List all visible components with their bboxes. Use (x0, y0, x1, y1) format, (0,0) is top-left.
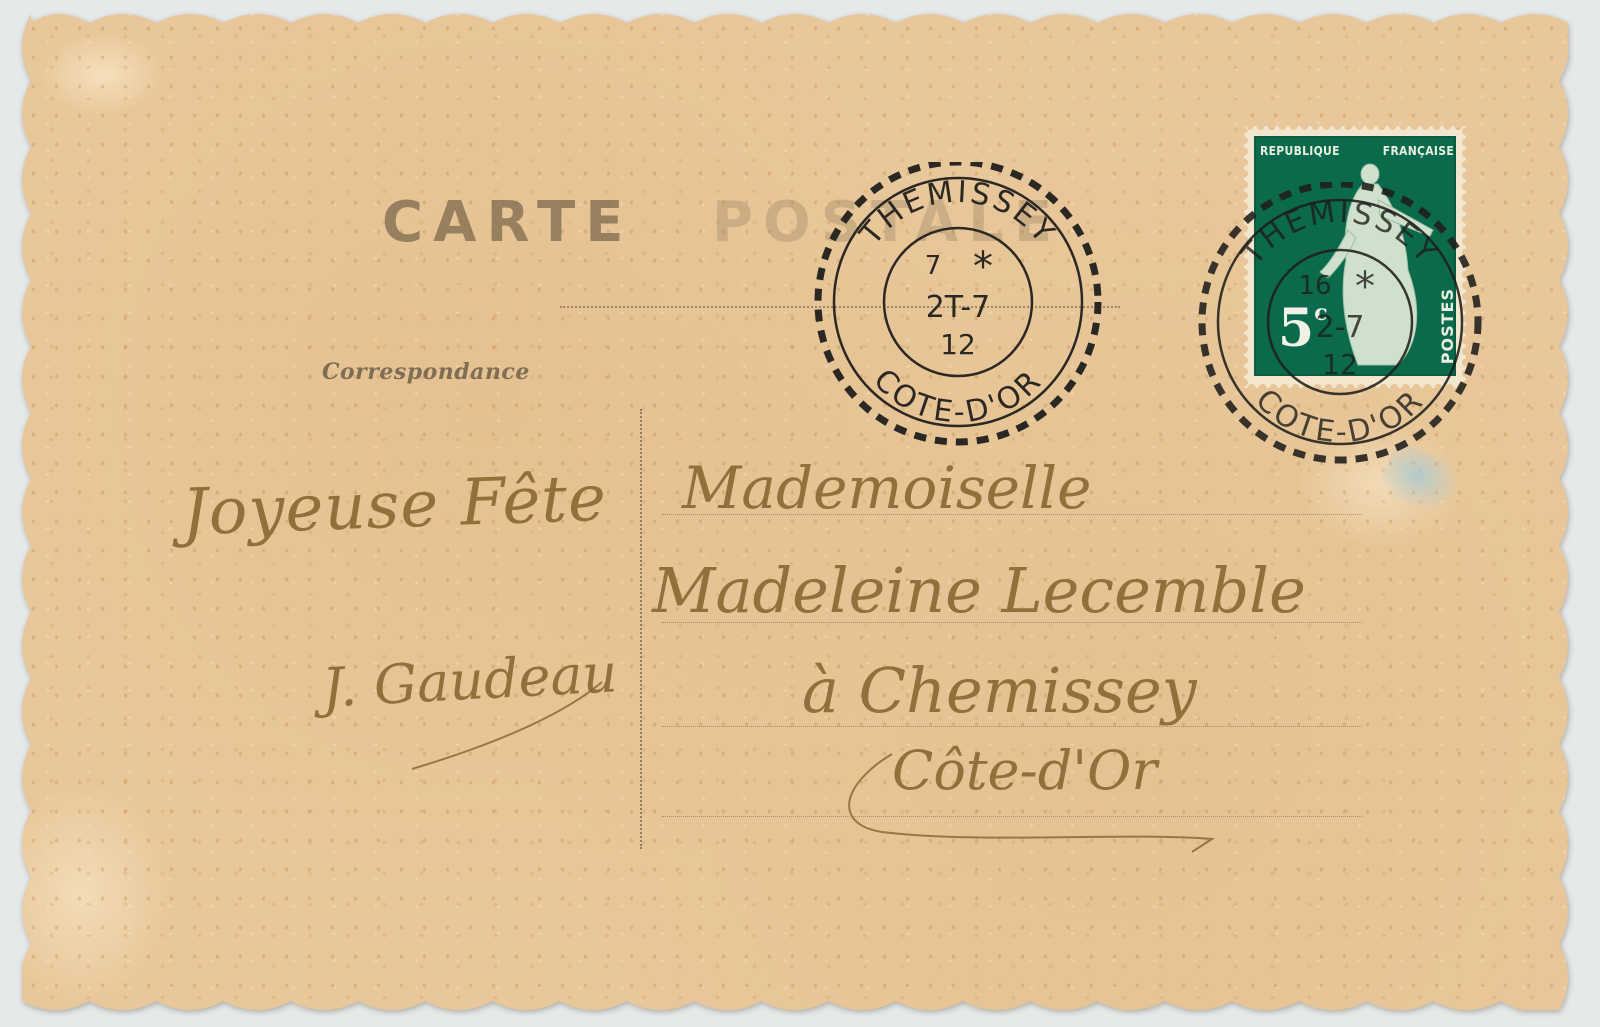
address-recipient-title: Mademoiselle (682, 454, 1091, 522)
postmark-date: 2-7 (1316, 310, 1365, 345)
stamp-header-right: FRANÇAISE (1383, 144, 1454, 158)
postcard: CARTE POSTALE Correspondance Joyeuse Fêt… (22, 14, 1568, 1010)
printed-title: CARTE (382, 190, 634, 255)
postmark-department: COTE-D'OR (1248, 382, 1431, 450)
address-recipient-name: Madeleine Lecemble (652, 554, 1306, 627)
center-divider (640, 409, 642, 849)
postmark-date: 2T-7 (926, 290, 991, 325)
stamp-header: REPUBLIQUE FRANÇAISE (1260, 144, 1454, 158)
address-flourish (822, 714, 1242, 864)
postcard-back: CARTE POSTALE Correspondance Joyeuse Fêt… (22, 14, 1568, 1010)
postmark-department: COTE-D'OR (866, 362, 1049, 430)
postmark-year: 12 (940, 328, 976, 361)
postmark-left: THEMISSEY COTE-D'OR 7 * 2T-7 12 (808, 162, 1108, 462)
svg-text:COTE-D'OR: COTE-D'OR (866, 362, 1049, 430)
svg-text:COTE-D'OR: COTE-D'OR (1248, 382, 1431, 450)
postmark-right: THEMISSEY COTE-D'OR 16 * 2-7 12 (1190, 182, 1490, 482)
correspondence-label: Correspondance (322, 359, 530, 385)
postmark-hour: 16 (1298, 271, 1331, 301)
postmark-star: * (1355, 264, 1375, 310)
handwritten-greeting: Joyeuse Fête (181, 462, 608, 551)
postmark-star: * (973, 244, 993, 290)
postmark-hour: 7 (925, 251, 942, 281)
postmark-year: 12 (1322, 348, 1358, 381)
stamp-header-left: REPUBLIQUE (1260, 144, 1340, 158)
signature-flourish (402, 674, 622, 784)
